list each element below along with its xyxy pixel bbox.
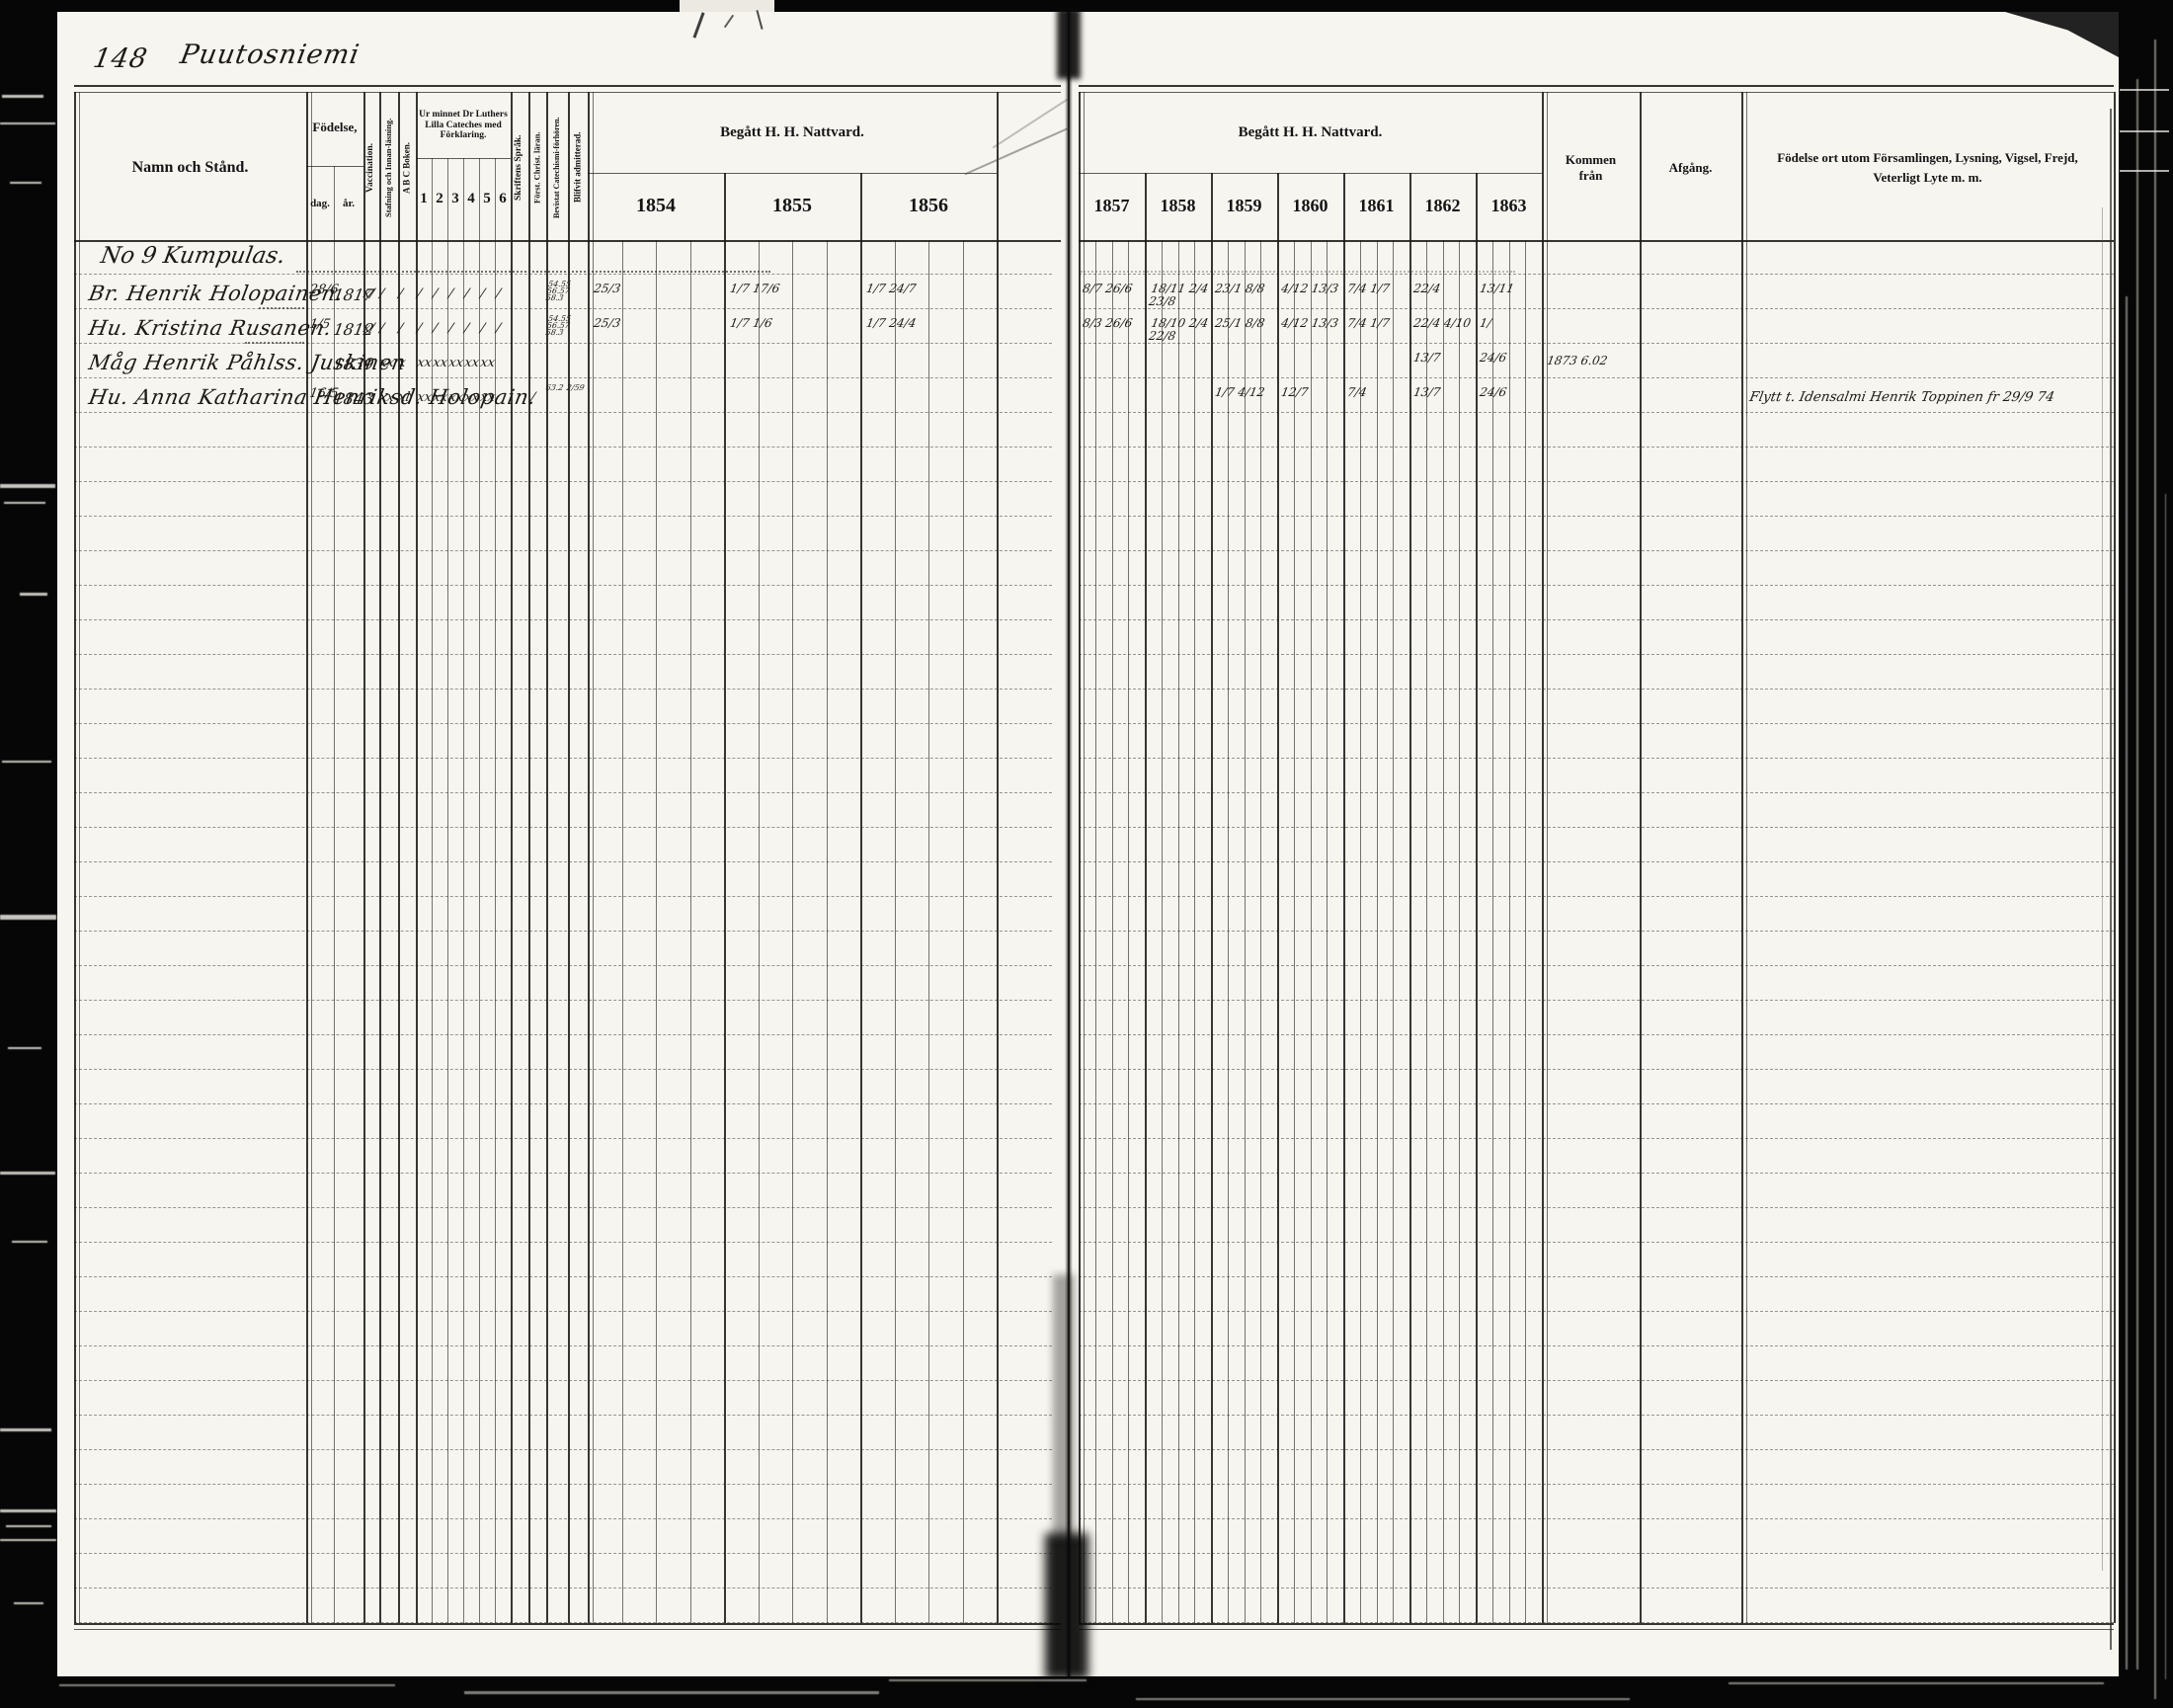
column-header-first-christ: Först. Christ. läran. [528, 95, 546, 240]
table-row [74, 1139, 1052, 1174]
entry-cell-y1860: 4/12 13/3 [1280, 283, 1344, 295]
column-header-attended-exams: Bevistat Catechismi-förhören. [546, 95, 568, 240]
table-row [1079, 966, 2114, 1001]
year-1861: 1861 [1343, 173, 1409, 238]
entry-cell-y1861: 7/4 1/7 [1346, 283, 1410, 295]
table-row [74, 862, 1052, 897]
table-row [74, 1243, 1052, 1277]
column-header-birth-year: år. [334, 166, 363, 240]
year-1859: 1859 [1211, 173, 1277, 238]
table-row [1079, 1001, 2114, 1035]
film-streak [464, 1691, 879, 1694]
entry-cell-y1863: 24/6 [1479, 386, 1543, 399]
entry-cell-forhoren: 54.55 56.57 58.3 [545, 315, 573, 336]
column-header-spelling: Stafning och Innan-läsning. [379, 95, 398, 240]
entry-cell-cat6: / [495, 321, 514, 336]
table-row [74, 1104, 1052, 1139]
column-header-communion-left: Begått H. H. Nattvard. [588, 95, 997, 171]
grid-line [1079, 1629, 2114, 1630]
film-streak [6, 1525, 51, 1527]
entry-cell-y1860: 4/12 13/3 [1280, 317, 1344, 330]
table-row [74, 690, 1052, 724]
table-row [74, 1519, 1052, 1554]
entry-cell-kommen: 1873 6.02 [1546, 355, 1643, 367]
film-streak [4, 502, 45, 504]
column-header-come-from: Kommen från [1542, 95, 1640, 240]
entry-cell-y1862: 13/7 [1412, 352, 1477, 365]
place-name: Puutosniemi [178, 40, 362, 70]
entry-cell-dag: 16/5 [308, 386, 337, 401]
entry-cell-cat6: / [495, 286, 514, 301]
grid-line [1079, 92, 2114, 93]
column-header-catechism: Ur minnet Dr Luthers Lilla Cateches med … [416, 95, 511, 156]
table-row [1079, 1346, 2114, 1381]
dotted-filler [245, 342, 304, 344]
table-row [74, 1035, 1052, 1070]
column-header-departure: Afgång. [1640, 95, 1741, 240]
table-row [1079, 1588, 2114, 1623]
entry-cell-y1862: 13/7 [1412, 386, 1477, 399]
entry-cell-y1862: 22/4 4/10 [1412, 317, 1477, 330]
film-streak [12, 1241, 47, 1243]
film-streak [2120, 89, 2169, 91]
entry-cell-name: Måg Henrik Påhlss. Juskinen [87, 351, 308, 374]
catechism-col-2: 2 [432, 158, 447, 240]
table-row [1079, 620, 2114, 655]
entry-cell-y1863: 1/ [1479, 317, 1543, 330]
table-row [1079, 1416, 2114, 1450]
film-streak [14, 1602, 43, 1604]
entry-cell-ar: 1843 [332, 389, 368, 408]
table-row [1079, 1104, 2114, 1139]
table-row [1079, 551, 2114, 586]
entry-cell-admitted: 2/59 [566, 384, 591, 391]
film-streak [1136, 1698, 1630, 1700]
table-row [1079, 1312, 2114, 1346]
table-row [1079, 517, 2114, 551]
film-streak [59, 1684, 395, 1686]
table-row [1079, 932, 2114, 966]
entry-cell-dag: 1/5 [308, 317, 337, 332]
film-streak [2136, 79, 2138, 1669]
table-row [74, 482, 1052, 517]
page-edge-line [2102, 207, 2103, 1571]
table-row [1079, 1139, 2114, 1174]
table-row [1079, 1035, 2114, 1070]
table-row [1079, 413, 2114, 447]
film-streak [889, 1679, 1086, 1681]
entry-cell-y1861: 7/4 1/7 [1346, 317, 1410, 330]
table-row [1079, 793, 2114, 828]
grid-line [74, 92, 1061, 93]
film-tear [680, 0, 774, 12]
entry-cell-forst: / [529, 390, 549, 405]
entry-cell-name: Hu. Anna Katharina Henriksd. Holopain. [87, 385, 308, 409]
year-1858: 1858 [1145, 173, 1211, 238]
table-row [74, 1001, 1052, 1035]
year-1863: 1863 [1476, 173, 1542, 238]
household-group-title: No 9 Kumpulas. [99, 243, 287, 269]
film-streak [2, 761, 51, 763]
film-streak [2, 95, 43, 98]
year-1860: 1860 [1277, 173, 1343, 238]
entry-cell-cat5: xx [479, 390, 498, 405]
column-header-birth-day: dag. [306, 166, 334, 240]
table-row [74, 1208, 1052, 1243]
table-row [74, 1485, 1052, 1519]
table-row [1079, 1243, 2114, 1277]
catechism-col-3: 3 [447, 158, 463, 240]
entry-cell-y1854: 25/3 [593, 317, 725, 330]
table-row [74, 620, 1052, 655]
dotted-filler [1081, 271, 1515, 273]
entry-cell-y1858: 18/10 2/4 22/8 [1148, 317, 1215, 343]
film-streak [20, 593, 47, 596]
gutter-shadow-mid [1053, 1274, 1075, 1541]
entry-cell-forhoren: 54.55 56.57 58.3 [545, 281, 573, 301]
column-header-birth: Födelse, [306, 95, 363, 160]
year-1857: 1857 [1079, 173, 1145, 238]
table-row [74, 1381, 1052, 1416]
entry-cell-name: Br. Henrik Holopainen. [87, 282, 308, 305]
catechism-col-5: 5 [479, 158, 495, 240]
dotted-filler [259, 307, 304, 309]
entry-cell-y1862: 22/4 [1412, 283, 1477, 295]
entry-cell-y1863: 24/6 [1479, 352, 1543, 365]
table-row [1079, 724, 2114, 759]
table-row [1079, 759, 2114, 793]
column-header-communion-right: Begått H. H. Nattvard. [1079, 95, 1542, 171]
entry-cell-y1859: 25/1 8/8 [1214, 317, 1278, 330]
grid-line [1079, 85, 2114, 87]
table-row [1079, 1381, 2114, 1416]
entry-cell-y1856: 1/7 24/4 [865, 317, 998, 330]
table-row [74, 1346, 1052, 1381]
table-row [1079, 1174, 2114, 1208]
table-row [1079, 1070, 2114, 1104]
film-streak [10, 182, 41, 184]
entry-cell-dag: 28/6 [308, 283, 337, 297]
table-row [74, 655, 1052, 690]
table-row [74, 724, 1052, 759]
grid-line [1079, 1623, 2114, 1625]
entry-cell-name: Hu. Kristina Rusanen. [87, 316, 308, 340]
entry-cell-y1859: 23/1 8/8 [1214, 283, 1278, 295]
catechism-col-4: 4 [463, 158, 479, 240]
page-number: 148 [91, 43, 150, 74]
rows-right-page [1079, 240, 2114, 1623]
year-1855: 1855 [724, 173, 860, 238]
film-streak [0, 1509, 56, 1512]
table-row [74, 1450, 1052, 1485]
film-streak [0, 1428, 51, 1431]
dotted-filler [296, 271, 770, 273]
table-row [1079, 690, 2114, 724]
entry-cell-y1856: 1/7 24/7 [865, 283, 998, 295]
entry-cell-y1857: 8/7 26/6 [1082, 283, 1146, 295]
grid-line [74, 1623, 1061, 1625]
table-row [74, 1416, 1052, 1450]
table-row [1079, 862, 2114, 897]
grid-line [74, 85, 1061, 87]
film-streak [0, 122, 55, 124]
table-row [74, 897, 1052, 932]
entry-cell-y1857: 8/3 26/6 [1082, 317, 1146, 330]
scanned-register-page: 148 Puutosniemi Namn och Stånd. Födelse,… [0, 0, 2173, 1708]
film-streak [2120, 130, 2169, 132]
table-row [74, 447, 1052, 482]
film-streak [0, 484, 55, 488]
table-row [74, 413, 1052, 447]
table-row [1079, 897, 2114, 932]
table-row [1079, 240, 2114, 275]
page-edge-line [2110, 109, 2112, 1650]
entry-cell-cat5: xx [479, 356, 498, 370]
column-header-abc-book: A B C Boken. [398, 95, 416, 240]
entry-cell-y1855: 1/7 1/6 [729, 317, 861, 330]
table-row [1079, 1554, 2114, 1588]
table-row [74, 517, 1052, 551]
film-streak [0, 915, 56, 920]
entry-cell-y1858: 18/11 2/4 23/8 [1148, 283, 1215, 308]
table-row [74, 793, 1052, 828]
catechism-col-6: 6 [495, 158, 511, 240]
film-streak [2126, 296, 2128, 1669]
film-streak [0, 1172, 55, 1175]
year-1856: 1856 [860, 173, 997, 238]
table-row [74, 586, 1052, 620]
film-streak [1729, 1682, 2104, 1684]
entry-cell-y1854: 25/3 [593, 283, 725, 295]
table-row [74, 1554, 1052, 1588]
column-header-birthplace-notes: Födelse ort utom Församlingen, Lysning, … [1741, 95, 2114, 240]
column-header-vaccination: Vaccination. [363, 95, 379, 240]
table-row [74, 1174, 1052, 1208]
table-row [74, 759, 1052, 793]
table-row [74, 828, 1052, 862]
catechism-col-1: 1 [416, 158, 432, 240]
film-streak [0, 1539, 56, 1541]
film-streak [2154, 40, 2156, 1699]
film-streak [8, 1047, 41, 1049]
entry-cell-y1859: 1/7 4/12 [1214, 386, 1278, 399]
gutter-shadow-top [1057, 8, 1081, 79]
entry-cell-notes: Flytt t. Idensalmi Henrik Toppinen fr 29… [1748, 389, 2115, 405]
year-1862: 1862 [1409, 173, 1476, 238]
column-header-script-language: Skriftens Språk. [511, 95, 528, 240]
scan-border-left [0, 0, 57, 1708]
table-row [1079, 586, 2114, 620]
entry-cell-y1861: 7/4 [1346, 386, 1410, 399]
entry-cell-y1855: 1/7 17/6 [729, 283, 861, 295]
table-row [74, 1312, 1052, 1346]
entry-cell-y1863: 13/11 [1479, 283, 1543, 295]
table-row [74, 1277, 1052, 1312]
table-row [1079, 1208, 2114, 1243]
entry-cell-y1860: 12/7 [1280, 386, 1344, 399]
table-row [1079, 1519, 2114, 1554]
film-streak [2120, 170, 2169, 172]
table-row [74, 1588, 1052, 1623]
table-row [74, 932, 1052, 966]
column-header-name: Namn och Stånd. [74, 95, 306, 240]
table-row [74, 1070, 1052, 1104]
table-row [1079, 828, 2114, 862]
rows-left-page [74, 240, 1052, 1623]
year-1854: 1854 [588, 173, 724, 238]
table-row [1079, 482, 2114, 517]
table-row [1079, 1485, 2114, 1519]
column-header-admitted: Blifvit admitterad. [568, 95, 588, 240]
table-row [74, 551, 1052, 586]
gutter-shadow-bottom [1045, 1533, 1088, 1679]
scan-border-bottom [0, 1676, 2173, 1708]
table-row [74, 966, 1052, 1001]
scan-border-top [0, 0, 2173, 12]
grid-line [2114, 92, 2116, 1623]
table-row [1079, 1277, 2114, 1312]
film-streak [2165, 494, 2166, 1679]
table-row [1079, 1450, 2114, 1485]
grid-line [74, 1629, 1061, 1630]
table-row [1079, 447, 2114, 482]
table-row [1079, 655, 2114, 690]
